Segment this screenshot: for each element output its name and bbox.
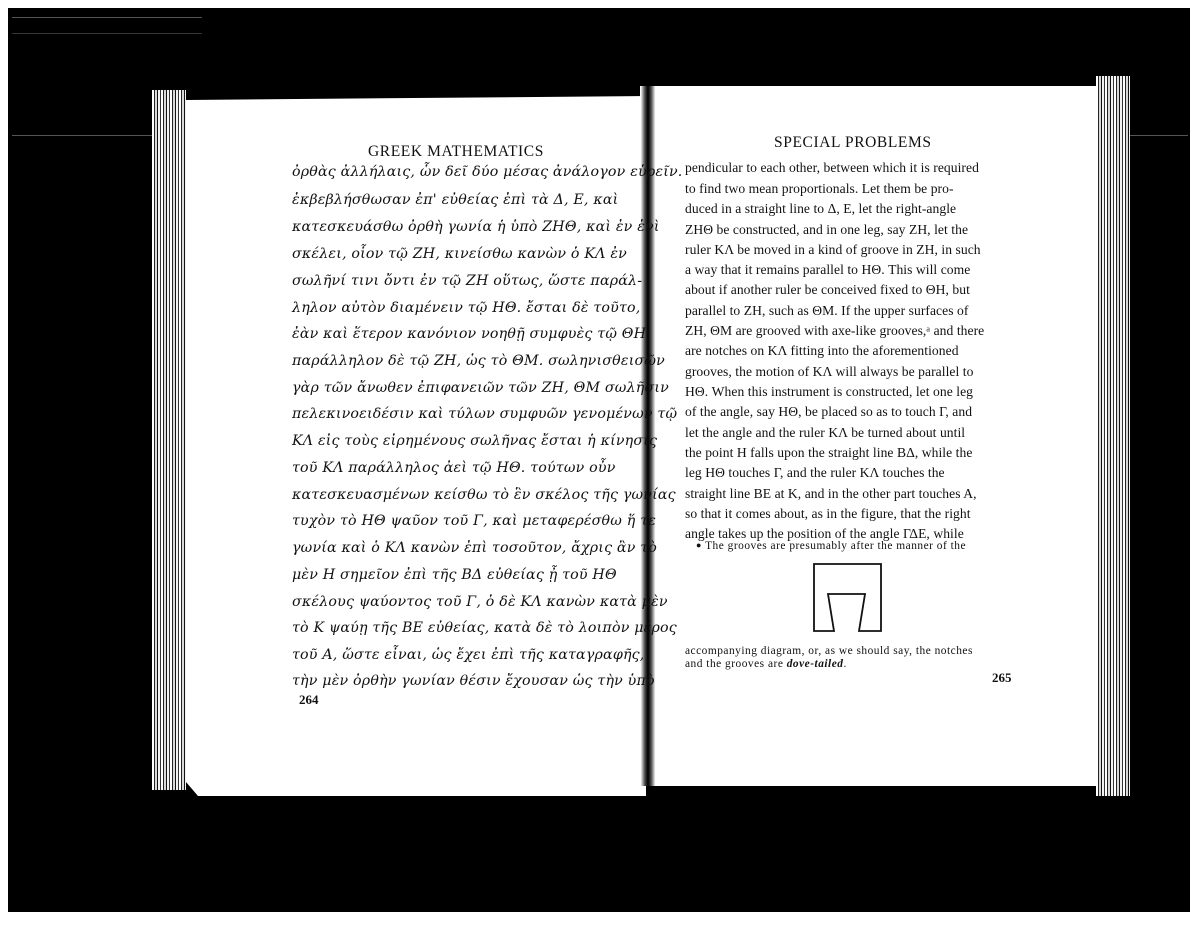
footnote-line: ● The grooves are presumably after the m… <box>696 540 966 552</box>
greek-text-line: τοῦ Α, ὥστε εἶναι, ὡς ἔχει ἐπὶ τῆς καταγ… <box>292 647 645 663</box>
dove-tail-groove-diagram <box>812 561 884 633</box>
footnote-text: The grooves are presumably after the man… <box>705 540 966 552</box>
english-text-line: so that it comes about, as in the figure… <box>685 506 971 522</box>
greek-text-line: ληλον αὐτὸν διαμένειν τῷ ΗΘ. ἔσται δὲ το… <box>292 300 640 316</box>
greek-text-line: κατεσκευάσθω ὀρθὴ γωνία ἡ ὑπὸ ΖΗΘ, καὶ ἐ… <box>292 219 660 235</box>
greek-text-line: ἐκβεβλήσθωσαν ἐπ' εὐθείας ἐπὶ τὰ Δ, Ε, κ… <box>292 192 618 208</box>
english-text-line: ruler KΛ be moved in a kind of groove in… <box>685 242 981 258</box>
greek-text-line: κατεσκευασμένων κείσθω τὸ ἓν σκέλος τῆς … <box>292 487 676 503</box>
greek-text-line: τὸ Κ ψαύῃ τῆς ΒΕ εὐθείας, κατὰ δὲ τὸ λοι… <box>292 620 677 636</box>
greek-text-line: σωλῆνί τινι ὄντι ἐν τῷ ΖΗ οὕτως, ὥστε πα… <box>292 273 642 289</box>
english-text-line: ZH, ΘM are grooved with axe-like grooves… <box>685 323 984 339</box>
greek-text-line: μὲν Η σημεῖον ἐπὶ τῆς ΒΔ εὐθείας ᾖ τοῦ Η… <box>292 567 617 583</box>
greek-text-line: τὴν μὲν ὀρθὴν γωνίαν θέσιν ἔχουσαν ὡς τὴ… <box>292 673 655 689</box>
english-text-line: parallel to ZH, such as ΘM. If the upper… <box>685 303 968 319</box>
english-text-line: to find two mean proportionals. Let them… <box>685 181 954 197</box>
english-text-line: leg HΘ touches Γ, and the ruler KΛ touch… <box>685 465 945 481</box>
footnote-line: and the grooves are dove-tailed. <box>685 658 847 670</box>
footnote-marker: ● <box>696 540 702 550</box>
right-page-number: 265 <box>992 670 1012 686</box>
greek-text-line: ΚΛ εἰς τοὺς εἰρημένους σωλῆνας ἔσται ἡ κ… <box>292 433 657 449</box>
greek-text-line: πελεκινοειδέσιν καὶ τύλων συμφυῶν γενομέ… <box>292 406 677 422</box>
right-running-head: SPECIAL PROBLEMS <box>774 134 932 152</box>
left-page-edges <box>152 90 186 790</box>
english-text-line: the point H falls upon the straight line… <box>685 445 972 461</box>
left-running-head: GREEK MATHEMATICS <box>368 143 544 161</box>
footnote-text: and the grooves are <box>685 658 787 670</box>
english-text-line: of the angle, say HΘ, be placed so as to… <box>685 404 972 420</box>
english-text-line: HΘ. When this instrument is constructed,… <box>685 384 973 400</box>
english-text-line: pendicular to each other, between which … <box>685 160 979 176</box>
english-text-line: a way that it remains parallel to HΘ. Th… <box>685 262 970 278</box>
open-book: GREEK MATHEMATICS ὀρθὰς ἀλλήλαις, ὧν δεῖ… <box>0 0 1200 928</box>
greek-text-line: παράλληλον δὲ τῷ ΖΗ, ὡς τὸ ΘΜ. σωληνισθε… <box>292 353 665 369</box>
greek-text-line: γὰρ τῶν ἄνωθεν ἐπιφανειῶν τῶν ΖΗ, ΘΜ σωλ… <box>292 380 669 396</box>
greek-text-line: τυχὸν τὸ ΗΘ ψαῦον τοῦ Γ, καὶ μεταφερέσθω… <box>292 513 656 529</box>
greek-text-line: σκέλει, οἷον τῷ ΖΗ, κινείσθω κανὼν ὁ ΚΛ … <box>292 246 627 262</box>
footnote-text: . <box>843 658 846 670</box>
greek-text-line: ἐὰν καὶ ἕτερον κανόνιον νοηθῇ συμφυὲς τῷ… <box>292 326 651 342</box>
right-page-edges <box>1096 76 1130 796</box>
greek-text-line: τοῦ ΚΛ παράλληλος ἀεὶ τῷ ΗΘ. τούτων οὖν <box>292 460 616 476</box>
footnote-line: accompanying diagram, or, as we should s… <box>685 645 973 657</box>
footnote-italic-term: dove-tailed <box>787 658 844 670</box>
greek-text-line: ὀρθὰς ἀλλήλαις, ὧν δεῖ δύο μέσας ἀνάλογο… <box>292 164 683 180</box>
greek-text-line: σκέλους ψαύοντος τοῦ Γ, ὁ δὲ ΚΛ κανὼν κα… <box>292 594 668 610</box>
english-text-line: duced in a straight line to Δ, E, let th… <box>685 201 956 217</box>
english-text-line: straight line BE at K, and in the other … <box>685 486 977 502</box>
greek-text-line: γωνία καὶ ὁ ΚΛ κανὼν ἐπὶ τοσοῦτον, ἄχρις… <box>292 540 657 556</box>
english-text-line: let the angle and the ruler KΛ be turned… <box>685 425 965 441</box>
english-text-line: grooves, the motion of KΛ will always be… <box>685 364 973 380</box>
left-page-number: 264 <box>299 692 319 708</box>
english-text-line: are notches on KΛ fitting into the afore… <box>685 343 959 359</box>
english-text-line: ZHΘ be constructed, and in one leg, say … <box>685 222 968 238</box>
english-text-line: about if another ruler be conceived fixe… <box>685 282 970 298</box>
